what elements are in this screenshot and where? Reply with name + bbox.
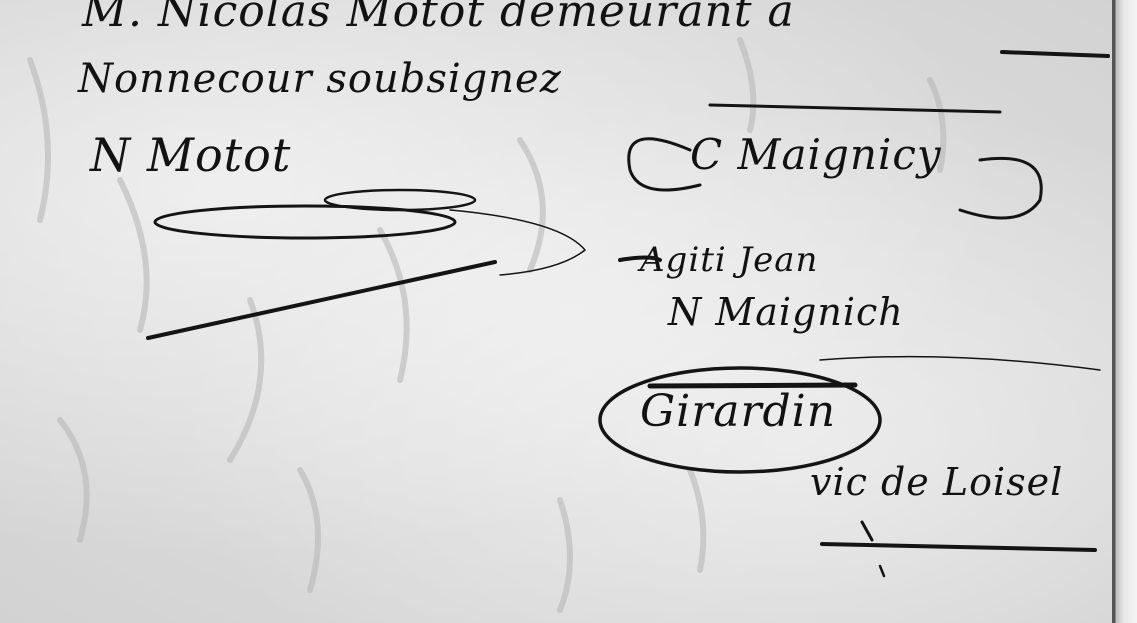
signature-maignicy: C Maignicy [690,130,942,179]
text-line-1: M. Nicolas Motot demeurant à [82,0,795,37]
signature-girardin: Girardin [640,386,836,437]
document-scan: M. Nicolas Motot demeurant à Nonnecour s… [0,0,1137,623]
signature-motot: N Motot [90,128,291,182]
signature-vicaire: vic de Loisel [810,460,1063,504]
text-line-2: Nonnecour soubsignez [78,56,562,102]
signature-agiti: Agiti Jean [640,240,818,280]
page-edge-binding [1112,0,1137,623]
signature-n-maignich: N Maignich [668,290,904,334]
